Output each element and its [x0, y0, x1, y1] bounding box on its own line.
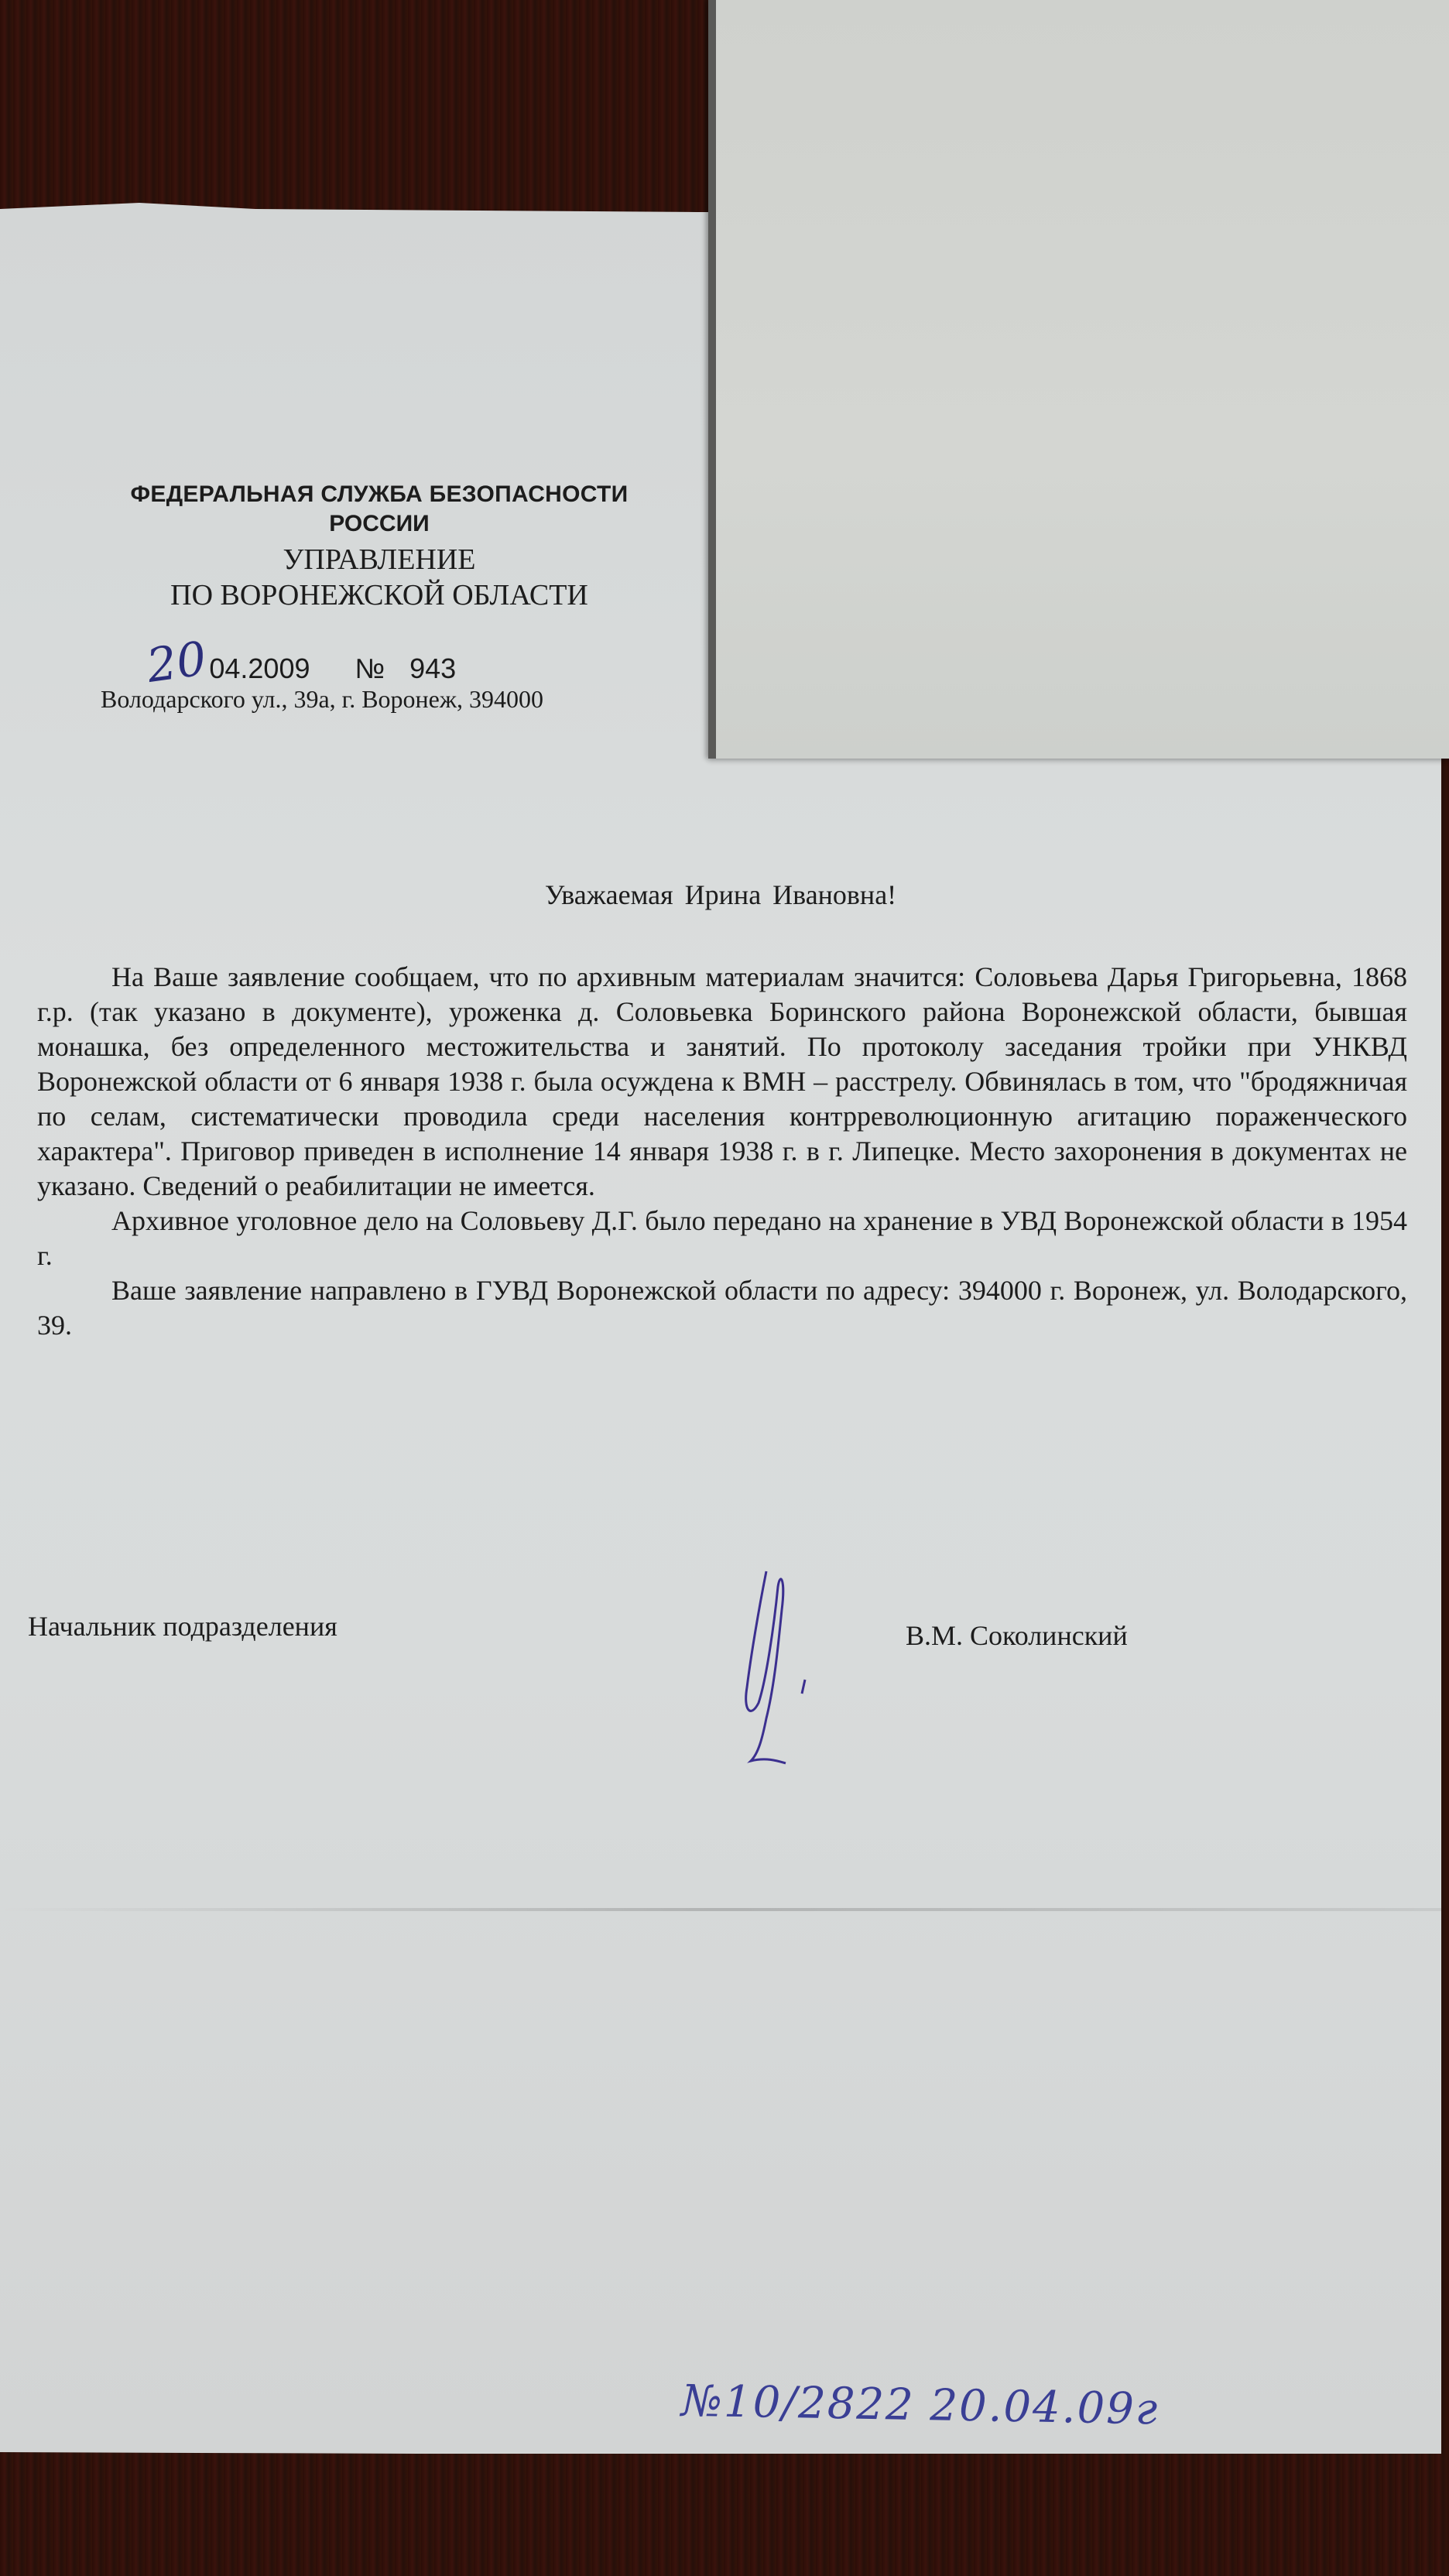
- org-name-line2: РОССИИ: [77, 509, 681, 539]
- dept-name-line1: УПРАВЛЕНИЕ: [77, 542, 681, 577]
- envelope: [708, 0, 1449, 759]
- handwritten-day: 20: [146, 643, 208, 682]
- handwritten-registration-note: №10/2822 20.04.09г: [680, 2376, 1159, 2435]
- letter-body: На Ваше заявление сообщаем, что по архив…: [37, 960, 1407, 1343]
- letter-number: 943: [409, 653, 456, 685]
- body-paragraph: Ваше заявление направлено в ГУВД Воронеж…: [37, 1273, 1407, 1343]
- signatory-name: В.М. Соколинский: [906, 1619, 1128, 1652]
- sender-address: Володарского ул., 39а, г. Воронеж, 39400…: [101, 685, 543, 714]
- letter-date-number: 20 04.2009 № 943: [147, 647, 456, 685]
- handwritten-signature-icon: [720, 1564, 828, 1773]
- letter-date: 04.2009: [209, 653, 310, 685]
- number-sign: №: [355, 653, 385, 685]
- paper-fold-line: [0, 1908, 1441, 1911]
- body-paragraph: Архивное уголовное дело на Соловьеву Д.Г…: [37, 1204, 1407, 1273]
- dept-name-line2: ПО ВОРОНЕЖСКОЙ ОБЛАСТИ: [77, 577, 681, 613]
- body-paragraph: На Ваше заявление сообщаем, что по архив…: [37, 960, 1407, 1204]
- salutation: Уважаемая Ирина Ивановна!: [0, 879, 1441, 911]
- org-name-line1: ФЕДЕРАЛЬНАЯ СЛУЖБА БЕЗОПАСНОСТИ: [77, 480, 681, 509]
- signatory-title: Начальник подразделения: [28, 1610, 337, 1643]
- signature-block: Начальник подразделения В.М. Соколинский: [0, 1610, 1441, 1765]
- letterhead: ФЕДЕРАЛЬНАЯ СЛУЖБА БЕЗОПАСНОСТИ РОССИИ У…: [77, 480, 681, 613]
